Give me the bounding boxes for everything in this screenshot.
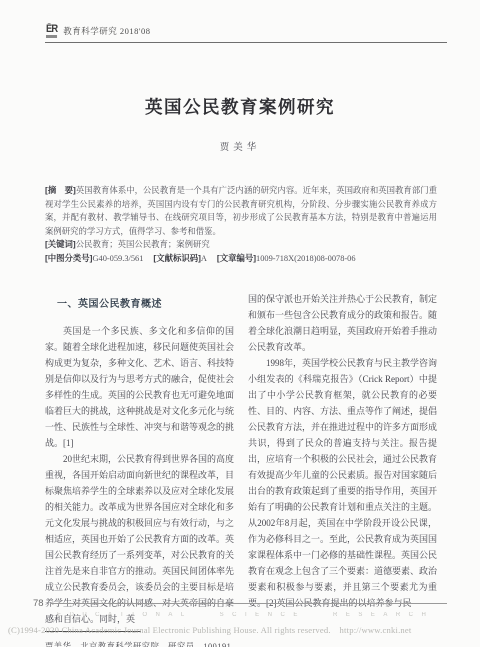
article-meta: [摘 要]英国教育体系中，公民教育是一个具有广泛内涵的研究内容。近年来，英国政府…	[45, 184, 437, 266]
article-title: 英国公民教育案例研究	[0, 94, 480, 119]
abstract-label: [摘 要]	[45, 185, 76, 195]
clc-label: [中图分类号]	[45, 253, 92, 263]
body-paragraph: 国的保守派也开始关注并热心于公民教育，制定和颁布一些包含公民教育成分的政策和报告…	[248, 291, 437, 355]
page-footer: 78 EDUCATIONAL SCIENCE RESEARCH	[33, 598, 447, 618]
doc-code-item: [文献标识码]A	[153, 254, 207, 263]
header-divider	[45, 42, 447, 43]
journal-logo-icon: ĒR	[46, 24, 57, 38]
body-paragraph: 1998年，英国学校公民教育与民主教学咨询小组发表的《科瑞克报告》（Crick …	[248, 355, 437, 611]
abstract: [摘 要]英国教育体系中，公民教育是一个具有广泛内涵的研究内容。近年来，英国政府…	[45, 184, 437, 238]
article-id-value: 1009-718X(2018)08-0078-06	[256, 254, 356, 263]
footnote-text: 贾美华 北京教育科学研究院 研究员 100191	[45, 639, 234, 647]
right-column: 国的保守派也开始关注并热心于公民教育，制定和颁布一些包含公民教育成分的政策和报告…	[248, 291, 437, 589]
article-id-label: [文章编号]	[217, 253, 256, 263]
body-paragraph: 英国是一个多民族、多文化和多信仰的国家。随着全球化进程加速，移民问题使英国社会构…	[45, 323, 234, 451]
keywords-text: 公民教育；英国公民教育；案例研究	[76, 240, 210, 249]
left-column: 一、英国公民教育概述 英国是一个多民族、多文化和多信仰的国家。随着全球化进程加速…	[45, 291, 234, 589]
page-number: 78	[33, 598, 44, 609]
footer-divider	[51, 603, 447, 604]
classification-line: [中图分类号]G40-059.3/561[文献标识码]A[文章编号]1009-7…	[45, 252, 437, 266]
page-number-row: 78	[33, 598, 447, 609]
abstract-text: 英国教育体系中，公民教育是一个具有广泛内涵的研究内容。近年来，英国政府和英国教育…	[45, 186, 437, 236]
clc-value: G40-059.3/561	[92, 254, 143, 263]
keywords-label: [关键词]	[45, 239, 76, 249]
article-id-item: [文章编号]1009-718X(2018)08-0078-06	[217, 254, 356, 263]
article-author: 贾美华	[0, 139, 480, 153]
doc-code-label: [文献标识码]	[153, 253, 200, 263]
keywords: [关键词]公民教育；英国公民教育；案例研究	[45, 238, 437, 252]
journal-title: 教育科学研究 2018'08	[63, 25, 150, 37]
clc-item: [中图分类号]G40-059.3/561	[45, 254, 143, 263]
page-header: ĒR 教育科学研究 2018'08	[45, 24, 447, 43]
body-columns: 一、英国公民教育概述 英国是一个多民族、多文化和多信仰的国家。随着全球化进程加速…	[45, 291, 437, 589]
doc-code-value: A	[201, 254, 207, 263]
journal-name-english: EDUCATIONAL SCIENCE RESEARCH	[57, 612, 447, 618]
journal-header-row: ĒR 教育科学研究 2018'08	[45, 24, 447, 38]
journal-page: ĒR 教育科学研究 2018'08 英国公民教育案例研究 贾美华 [摘 要]英国…	[0, 0, 480, 647]
cnki-copyright: (C)1994-2020 China Academic Journal Elec…	[8, 624, 480, 636]
section1-heading: 一、英国公民教育概述	[57, 297, 234, 313]
